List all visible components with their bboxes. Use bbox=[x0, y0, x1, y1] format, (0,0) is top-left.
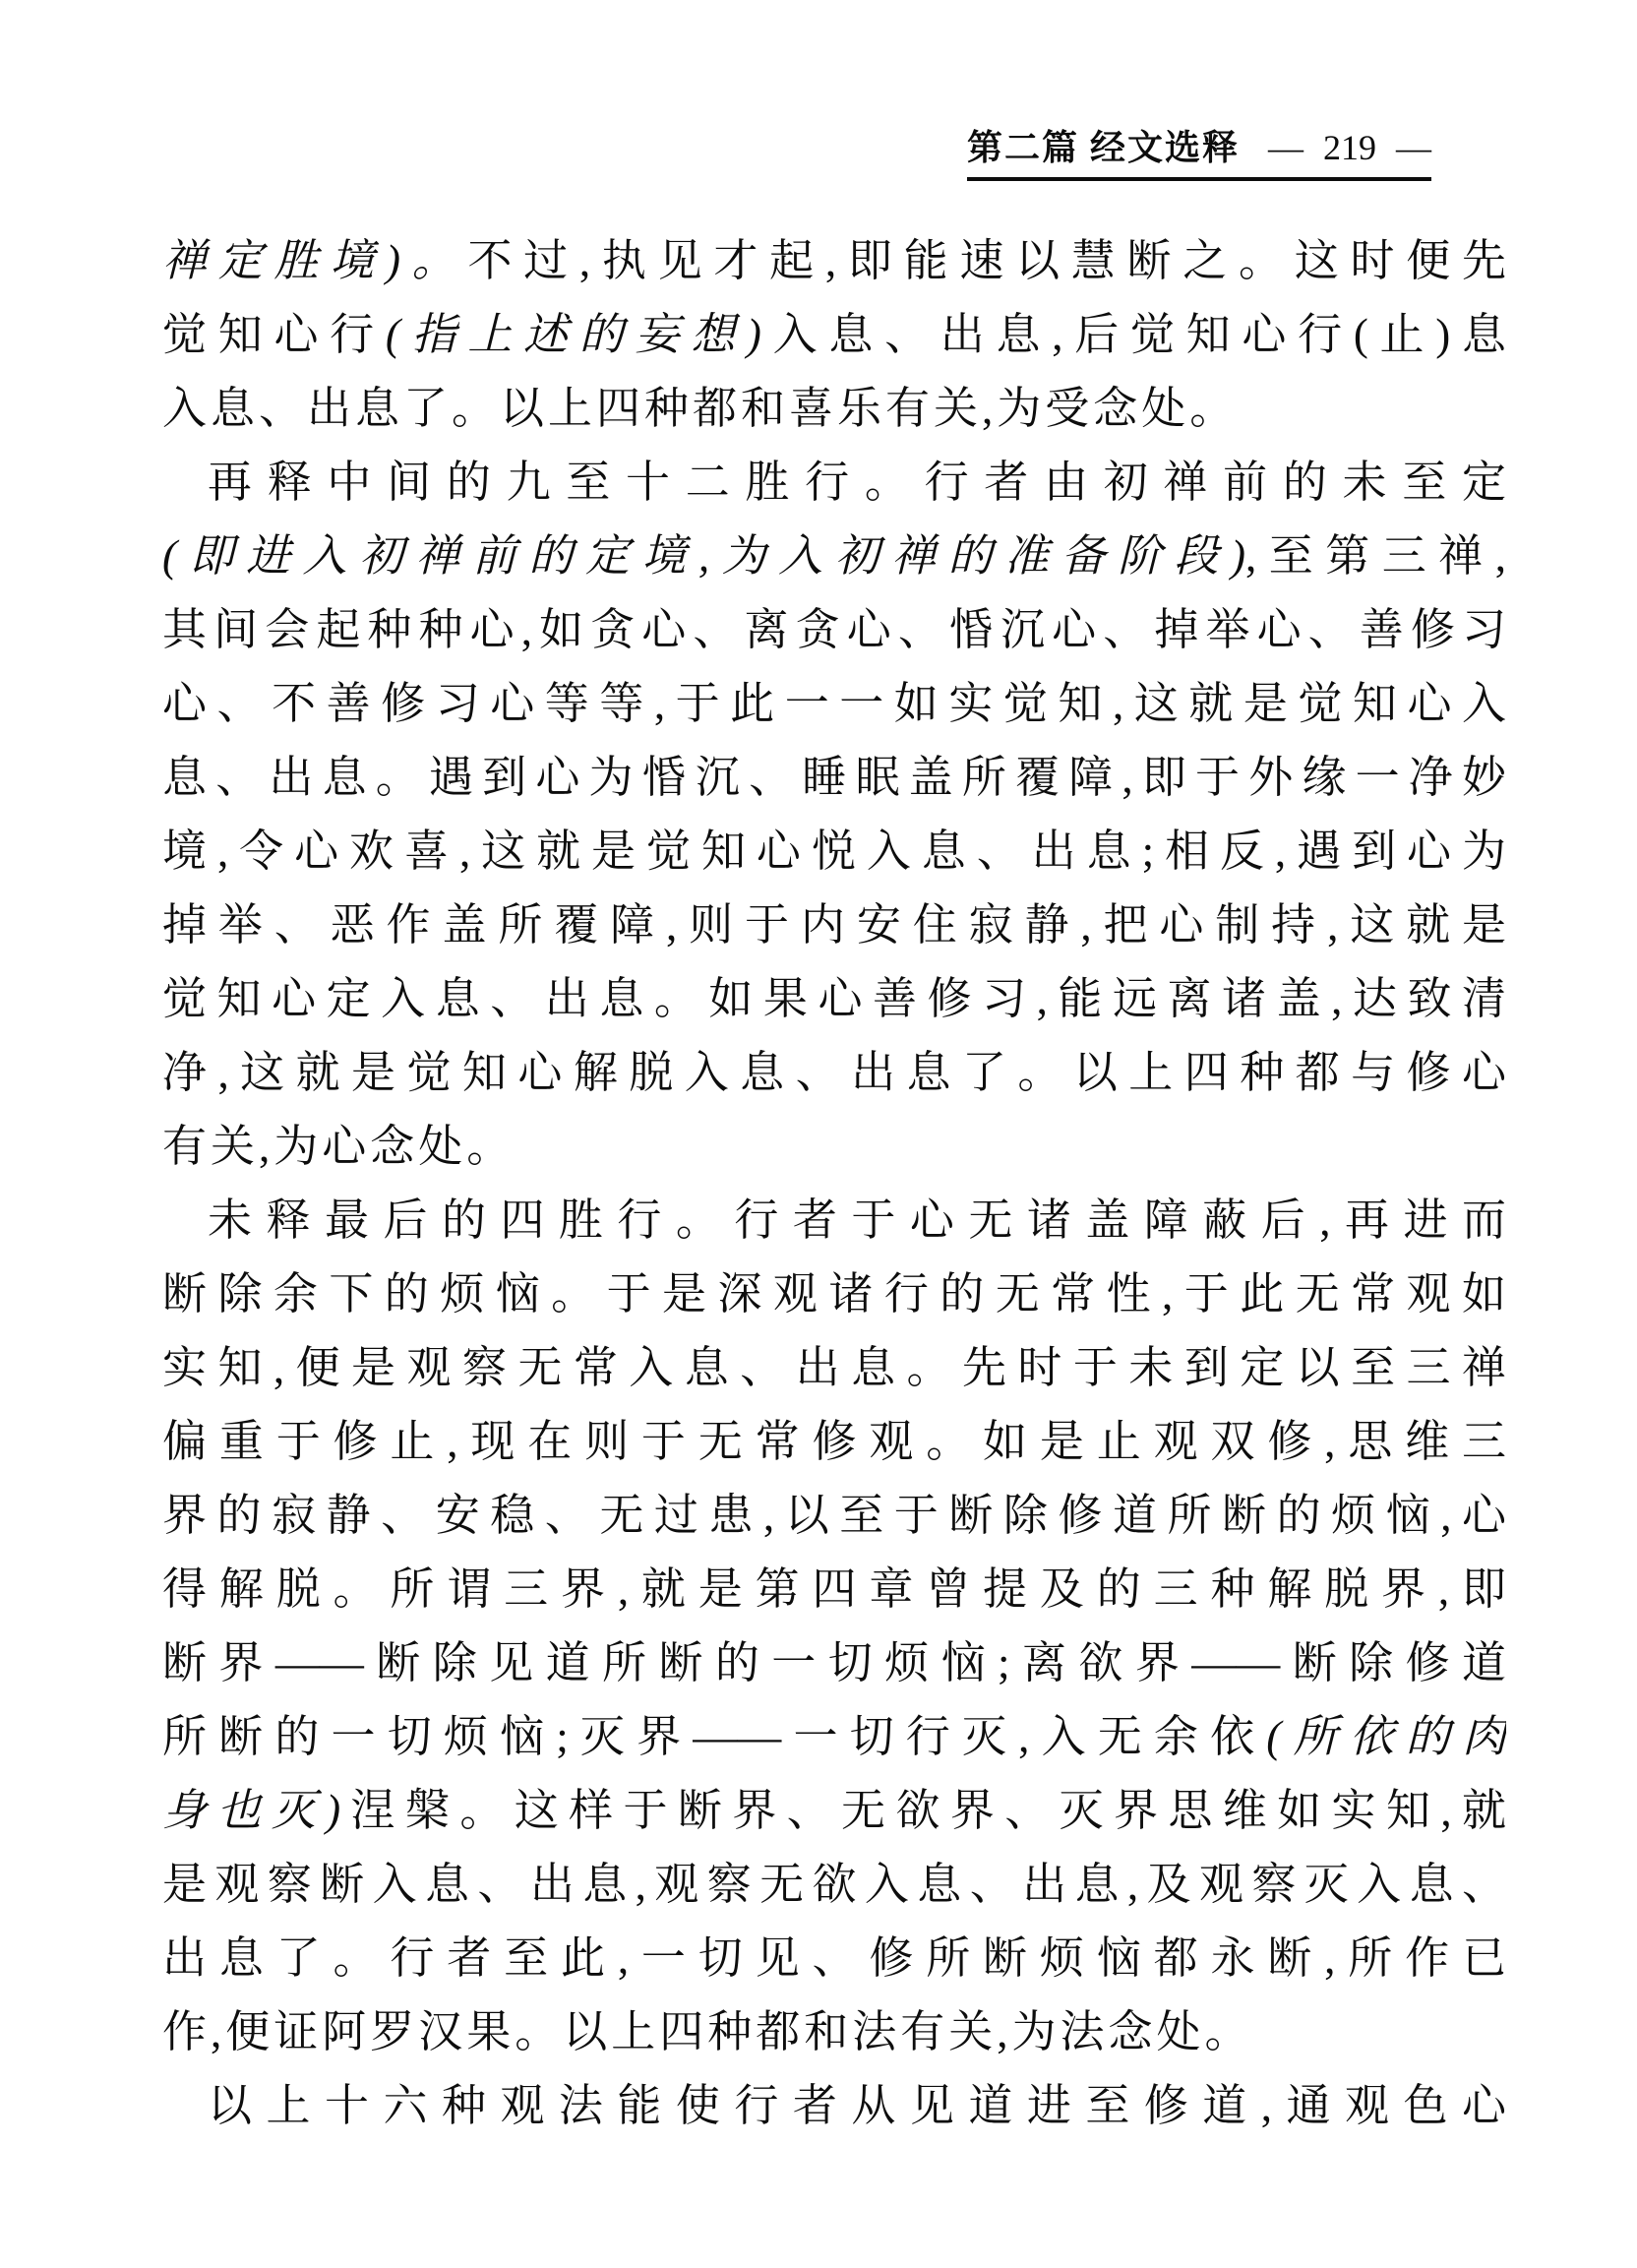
text-line: 净,这就是觉知心解脱入息、出息了。以上四种都与修心 bbox=[162, 1036, 1506, 1110]
page-header: 第二篇 经文选释 — 219 — bbox=[967, 120, 1431, 181]
dash-right: — bbox=[1396, 127, 1431, 168]
section-title: 第二篇 经文选释 bbox=[967, 120, 1240, 170]
text-segment: 涅槃。这样于断界、无欲界、灭界思维如实知,就 bbox=[340, 1786, 1506, 1835]
kai-text-segment: (指上述的妄想) bbox=[386, 310, 761, 359]
page-number: 219 bbox=[1323, 127, 1376, 168]
kai-text-segment: (所依的肉 bbox=[1266, 1712, 1506, 1761]
kai-text-segment: (即进入初禅前的定境,为入初禅的准备阶段) bbox=[162, 531, 1245, 581]
text-line: 其间会起种种心,如贪心、离贪心、惛沉心、掉举心、善修习 bbox=[162, 593, 1506, 667]
body-text: 禅定胜境)。不过,执见才起,即能速以慧断之。这时便先觉知心行(指上述的妄想)入息… bbox=[162, 224, 1506, 2143]
text-line: 掉举、恶作盖所覆障,则于内安住寂静,把心制持,这就是 bbox=[162, 889, 1506, 962]
text-segment: 有关,为心念处。 bbox=[162, 1122, 515, 1171]
kai-text-segment: 禅定胜境)。 bbox=[162, 236, 467, 285]
text-line: 心、不善修习心等等,于此一一如实觉知,这就是觉知心入 bbox=[162, 667, 1506, 741]
text-segment: 出息了。行者至此,一切见、修所断烦恼都永断,所作已 bbox=[162, 1933, 1506, 1983]
text-segment: 不过,执见才起,即能速以慧断之。这时便先 bbox=[467, 236, 1506, 285]
text-segment: 觉知心定入息、出息。如果心善修习,能远离诸盖,达致清 bbox=[162, 974, 1506, 1023]
text-segment: 断界——断除见道所断的一切烦恼;离欲界——断除修道 bbox=[162, 1638, 1506, 1687]
text-line: 是观察断入息、出息,观察无欲入息、出息,及观察灭入息、 bbox=[162, 1848, 1506, 1922]
text-segment: 息、出息。遇到心为惛沉、睡眠盖所覆障,即于外缘一净妙 bbox=[162, 753, 1506, 802]
text-segment: 未释最后的四胜行。行者于心无诸盖障蔽后,再进而 bbox=[208, 1195, 1506, 1245]
text-segment: 得解脱。所谓三界,就是第四章曾提及的三种解脱界,即 bbox=[162, 1564, 1506, 1614]
text-line: 有关,为心念处。 bbox=[162, 1110, 1506, 1184]
text-line: 界的寂静、安稳、无过患,以至于断除修道所断的烦恼,心 bbox=[162, 1479, 1506, 1553]
text-line: 息、出息。遇到心为惛沉、睡眠盖所覆障,即于外缘一净妙 bbox=[162, 741, 1506, 815]
text-line: 断界——断除见道所断的一切烦恼;离欲界——断除修道 bbox=[162, 1626, 1506, 1700]
text-line: (即进入初禅前的定境,为入初禅的准备阶段),至第三禅, bbox=[162, 520, 1506, 593]
text-line: 境,令心欢喜,这就是觉知心悦入息、出息;相反,遇到心为 bbox=[162, 815, 1506, 889]
text-line: 禅定胜境)。不过,执见才起,即能速以慧断之。这时便先 bbox=[162, 224, 1506, 298]
dash-left: — bbox=[1268, 127, 1304, 168]
text-segment: 以上十六种观法能使行者从见道进至修道,通观色心 bbox=[208, 2081, 1506, 2130]
book-page: 第二篇 经文选释 — 219 — 禅定胜境)。不过,执见才起,即能速以慧断之。这… bbox=[0, 0, 1637, 2268]
text-segment: 再释中间的九至十二胜行。行者由初禅前的未至定 bbox=[208, 458, 1506, 507]
text-segment: 其间会起种种心,如贪心、离贪心、惛沉心、掉举心、善修习 bbox=[162, 605, 1506, 654]
text-segment: 界的寂静、安稳、无过患,以至于断除修道所断的烦恼,心 bbox=[162, 1491, 1506, 1540]
text-line: 断除余下的烦恼。于是深观诸行的无常性,于此无常观如 bbox=[162, 1257, 1506, 1331]
text-line: 入息、出息了。以上四种都和喜乐有关,为受念处。 bbox=[162, 372, 1506, 446]
page-number-group: — 219 — bbox=[1268, 127, 1431, 168]
text-line: 作,便证阿罗汉果。以上四种都和法有关,为法念处。 bbox=[162, 1995, 1506, 2069]
text-line: 觉知心行(指上述的妄想)入息、出息,后觉知心行(止)息 bbox=[162, 298, 1506, 372]
text-segment: 入息、出息,后觉知心行(止)息 bbox=[761, 310, 1506, 359]
text-segment: ,至第三禅, bbox=[1245, 531, 1506, 581]
text-segment: 所断的一切烦恼;灭界——一切行灭,入无余依 bbox=[162, 1712, 1266, 1761]
text-line: 身也灭)涅槃。这样于断界、无欲界、灭界思维如实知,就 bbox=[162, 1774, 1506, 1848]
text-segment: 觉知心行 bbox=[162, 310, 386, 359]
text-segment: 净,这就是觉知心解脱入息、出息了。以上四种都与修心 bbox=[162, 1048, 1506, 1097]
text-segment: 掉举、恶作盖所覆障,则于内安住寂静,把心制持,这就是 bbox=[162, 900, 1506, 950]
text-line: 实知,便是观察无常入息、出息。先时于未到定以至三禅 bbox=[162, 1331, 1506, 1405]
text-line: 觉知心定入息、出息。如果心善修习,能远离诸盖,达致清 bbox=[162, 962, 1506, 1036]
text-segment: 境,令心欢喜,这就是觉知心悦入息、出息;相反,遇到心为 bbox=[162, 827, 1506, 876]
text-line: 得解脱。所谓三界,就是第四章曾提及的三种解脱界,即 bbox=[162, 1553, 1506, 1626]
text-line: 出息了。行者至此,一切见、修所断烦恼都永断,所作已 bbox=[162, 1922, 1506, 1995]
text-segment: 是观察断入息、出息,观察无欲入息、出息,及观察灭入息、 bbox=[162, 1860, 1506, 1909]
text-line: 偏重于修止,现在则于无常修观。如是止观双修,思维三 bbox=[162, 1405, 1506, 1479]
text-segment: 偏重于修止,现在则于无常修观。如是止观双修,思维三 bbox=[162, 1417, 1506, 1466]
text-line: 以上十六种观法能使行者从见道进至修道,通观色心 bbox=[162, 2069, 1506, 2143]
text-segment: 作,便证阿罗汉果。以上四种都和法有关,为法念处。 bbox=[162, 2007, 1253, 2056]
text-segment: 心、不善修习心等等,于此一一如实觉知,这就是觉知心入 bbox=[162, 679, 1506, 728]
text-segment: 断除余下的烦恼。于是深观诸行的无常性,于此无常观如 bbox=[162, 1269, 1506, 1318]
text-line: 再释中间的九至十二胜行。行者由初禅前的未至定 bbox=[162, 446, 1506, 520]
kai-text-segment: 身也灭) bbox=[162, 1786, 340, 1835]
text-segment: 实知,便是观察无常入息、出息。先时于未到定以至三禅 bbox=[162, 1343, 1506, 1392]
text-line: 未释最后的四胜行。行者于心无诸盖障蔽后,再进而 bbox=[162, 1184, 1506, 1257]
text-line: 所断的一切烦恼;灭界——一切行灭,入无余依(所依的肉 bbox=[162, 1700, 1506, 1774]
text-segment: 入息、出息了。以上四种都和喜乐有关,为受念处。 bbox=[162, 384, 1238, 433]
